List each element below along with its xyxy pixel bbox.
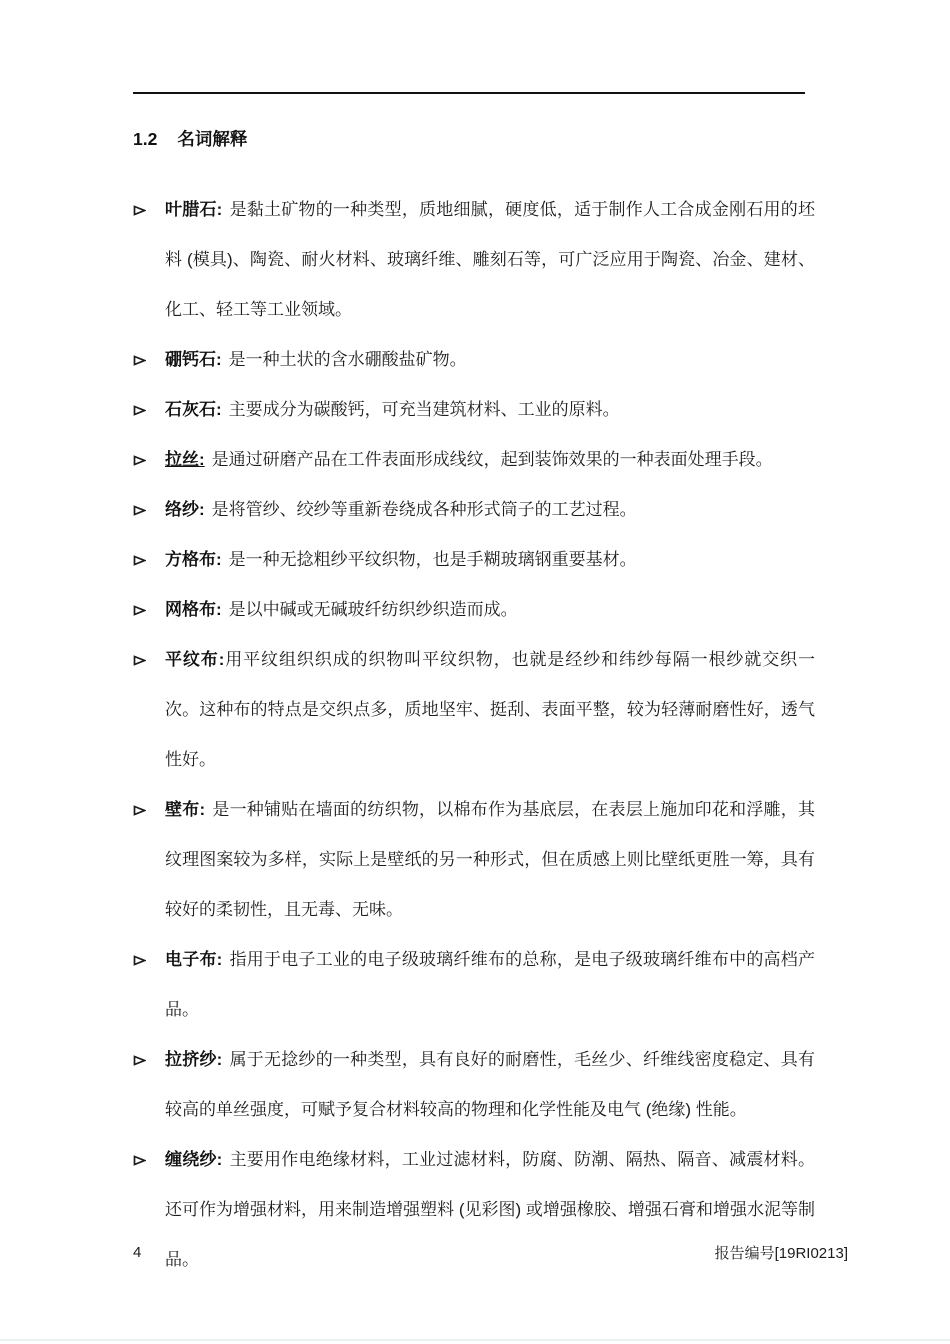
term-item: 拉丝:是通过研磨产品在工件表面形成线纹，起到装饰效果的一种表面处理手段。: [133, 435, 815, 485]
arrowhead-bullet-icon: [133, 1035, 153, 1085]
page-footer: 4 报告编号[19RI0213]: [133, 1242, 815, 1262]
term-item: 壁布:是一种铺贴在墙面的纺织物，以棉布作为基底层，在表层上施加印花和浮雕，其纹理…: [133, 785, 815, 935]
term-definition: 电子布:指用于电子工业的电子级玻璃纤维布的总称，是电子级玻璃纤维布中的高档产品。: [165, 935, 815, 1035]
term-item: 叶腊石:是黏土矿物的一种类型，质地细腻，硬度低，适于制作人工合成金刚石用的坯料 …: [133, 185, 815, 335]
arrowhead-bullet-icon: [133, 585, 153, 635]
term-text: 用平纹组织织成的织物叫平纹织物，也就是经纱和纬纱每隔一根纱就交织一次。这种布的特…: [165, 650, 815, 769]
term-text: 是一种铺贴在墙面的纺织物，以棉布作为基底层，在表层上施加印花和浮雕，其纹理图案较…: [165, 800, 815, 919]
arrowhead-bullet-icon: [133, 1135, 153, 1185]
document-page: 1.2名词解释 叶腊石:是黏土矿物的一种类型，质地细腻，硬度低，适于制作人工合成…: [0, 0, 950, 1344]
term-definition: 方格布:是一种无捻粗纱平纹织物，也是手糊玻璃钢重要基材。: [165, 535, 815, 585]
arrowhead-bullet-icon: [133, 435, 153, 485]
term-name: 缠绕纱:: [165, 1150, 222, 1169]
term-item: 平纹布:用平纹组织织成的织物叫平纹织物，也就是经纱和纬纱每隔一根纱就交织一次。这…: [133, 635, 815, 785]
section-number: 1.2: [133, 129, 157, 149]
term-item: 网格布:是以中碱或无碱玻纤纺织纱织造而成。: [133, 585, 815, 635]
term-name: 拉丝:: [165, 450, 205, 469]
header-rule: [133, 92, 805, 94]
term-name: 硼钙石:: [165, 350, 222, 369]
arrowhead-bullet-icon: [133, 635, 153, 685]
term-item: 络纱:是将管纱、绞纱等重新卷绕成各种形式筒子的工艺过程。: [133, 485, 815, 535]
term-name: 壁布:: [165, 800, 205, 819]
term-definition: 拉挤纱:属于无捻纱的一种类型，具有良好的耐磨性，毛丝少、纤维线密度稳定、具有较高…: [165, 1035, 815, 1135]
term-item: 方格布:是一种无捻粗纱平纹织物，也是手糊玻璃钢重要基材。: [133, 535, 815, 585]
term-text: 主要成分为碳酸钙，可充当建筑材料、工业的原料。: [229, 400, 620, 419]
term-definition: 叶腊石:是黏土矿物的一种类型，质地细腻，硬度低，适于制作人工合成金刚石用的坯料 …: [165, 185, 815, 335]
page-bottom-edge: [0, 1339, 950, 1341]
term-name: 石灰石:: [165, 400, 222, 419]
section-heading: 1.2名词解释: [133, 126, 247, 151]
term-text: 指用于电子工业的电子级玻璃纤维布的总称，是电子级玻璃纤维布中的高档产品。: [165, 950, 815, 1019]
report-id: 报告编号[19RI0213]: [715, 1242, 848, 1263]
section-title: 名词解释: [177, 129, 247, 149]
term-definition: 络纱:是将管纱、绞纱等重新卷绕成各种形式筒子的工艺过程。: [165, 485, 815, 535]
arrowhead-bullet-icon: [133, 185, 153, 235]
term-name: 网格布:: [165, 600, 222, 619]
term-name: 平纹布:: [165, 650, 224, 669]
term-list: 叶腊石:是黏土矿物的一种类型，质地细腻，硬度低，适于制作人工合成金刚石用的坯料 …: [133, 185, 815, 1285]
term-item: 拉挤纱:属于无捻纱的一种类型，具有良好的耐磨性，毛丝少、纤维线密度稳定、具有较高…: [133, 1035, 815, 1135]
arrowhead-bullet-icon: [133, 485, 153, 535]
term-name: 拉挤纱:: [165, 1050, 222, 1069]
term-text: 是以中碱或无碱玻纤纺织纱织造而成。: [229, 600, 518, 619]
term-definition: 平纹布:用平纹组织织成的织物叫平纹织物，也就是经纱和纬纱每隔一根纱就交织一次。这…: [165, 635, 815, 785]
term-text: 是一种无捻粗纱平纹织物，也是手糊玻璃钢重要基材。: [229, 550, 637, 569]
term-definition: 拉丝:是通过研磨产品在工件表面形成线纹，起到装饰效果的一种表面处理手段。: [165, 435, 815, 485]
term-definition: 网格布:是以中碱或无碱玻纤纺织纱织造而成。: [165, 585, 815, 635]
term-item: 石灰石:主要成分为碳酸钙，可充当建筑材料、工业的原料。: [133, 385, 815, 435]
term-text: 是通过研磨产品在工件表面形成线纹，起到装饰效果的一种表面处理手段。: [212, 450, 773, 469]
term-name: 方格布:: [165, 550, 222, 569]
term-item: 缠绕纱:主要用作电绝缘材料，工业过滤材料，防腐、防潮、隔热、隔音、减震材料。还可…: [133, 1135, 815, 1285]
term-definition: 缠绕纱:主要用作电绝缘材料，工业过滤材料，防腐、防潮、隔热、隔音、减震材料。还可…: [165, 1135, 815, 1285]
term-text: 是一种土状的含水硼酸盐矿物。: [229, 350, 467, 369]
arrowhead-bullet-icon: [133, 335, 153, 385]
term-item: 电子布:指用于电子工业的电子级玻璃纤维布的总称，是电子级玻璃纤维布中的高档产品。: [133, 935, 815, 1035]
term-definition: 壁布:是一种铺贴在墙面的纺织物，以棉布作为基底层，在表层上施加印花和浮雕，其纹理…: [165, 785, 815, 935]
term-name: 叶腊石:: [165, 200, 222, 219]
term-text: 属于无捻纱的一种类型，具有良好的耐磨性，毛丝少、纤维线密度稳定、具有较高的单丝强…: [165, 1050, 815, 1119]
arrowhead-bullet-icon: [133, 385, 153, 435]
arrowhead-bullet-icon: [133, 935, 153, 985]
term-text: 是黏土矿物的一种类型，质地细腻，硬度低，适于制作人工合成金刚石用的坯料 (模具)…: [165, 200, 815, 319]
arrowhead-bullet-icon: [133, 785, 153, 835]
page-number: 4: [133, 1244, 141, 1261]
term-name: 络纱:: [165, 500, 205, 519]
arrowhead-bullet-icon: [133, 535, 153, 585]
term-item: 硼钙石:是一种土状的含水硼酸盐矿物。: [133, 335, 815, 385]
term-text: 是将管纱、绞纱等重新卷绕成各种形式筒子的工艺过程。: [212, 500, 637, 519]
term-name: 电子布:: [165, 950, 222, 969]
term-definition: 石灰石:主要成分为碳酸钙，可充当建筑材料、工业的原料。: [165, 385, 815, 435]
term-definition: 硼钙石:是一种土状的含水硼酸盐矿物。: [165, 335, 815, 385]
